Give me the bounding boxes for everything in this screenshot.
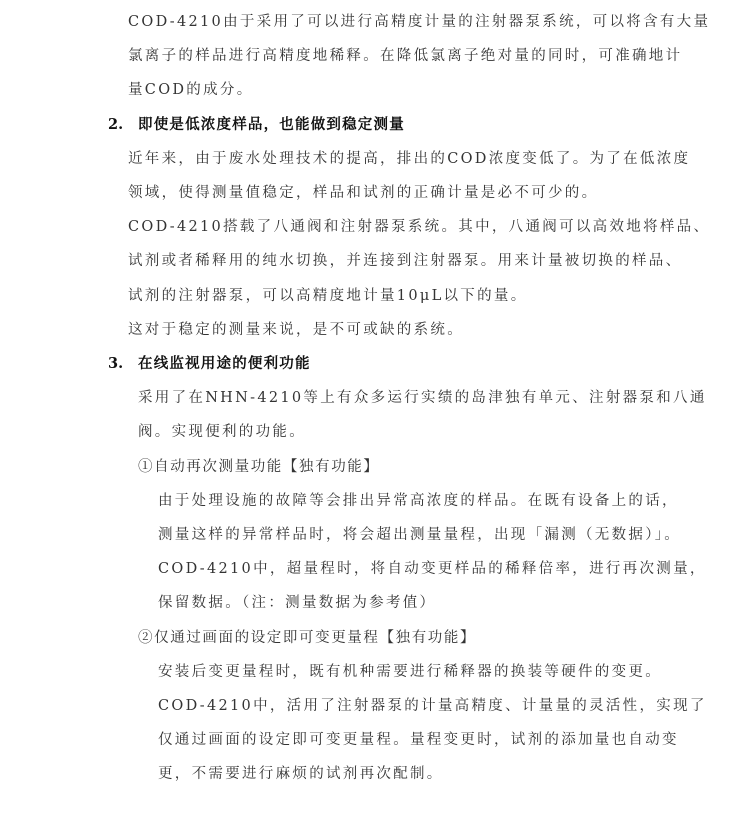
section-2-title: 即使是低浓度样品，也能做到稳定测量 [138, 116, 405, 133]
intro-line-1: COD-4210由于采用了可以进行高精度计量的注射器泵系统，可以将含有大量 [128, 10, 710, 34]
intro-line-2: 氯离子的样品进行高精度地稀释。在降低氯离子绝对量的同时，可准确地计 [128, 44, 682, 68]
feature-1-line-3: COD-4210中，超量程时，将自动变更样品的稀释倍率，进行再次测量， [158, 557, 707, 581]
feature-2-line-3: 仅通过画面的设定即可变更量程。量程变更时，试剂的添加量也自动变 [158, 728, 679, 752]
feature-1-line-4: 保留数据。（注：测量数据为参考值） [158, 591, 436, 615]
feature-1-line-1: 由于处理设施的故障等会排出异常高浓度的样品。在既有设备上的话， [158, 489, 679, 513]
section-2-heading: 2.即使是低浓度样品，也能做到稳定测量 [108, 113, 405, 137]
section-3-line-2: 阀。实现便利的功能。 [138, 420, 306, 444]
section-2-line-1: 近年来，由于废水处理技术的提高，排出的COD浓度变低了。为了在低浓度 [128, 147, 690, 171]
section-2-line-6: 这对于稳定的测量来说，是不可或缺的系统。 [128, 318, 464, 342]
feature-2-title: ②仅通过画面的设定即可变更量程【独有功能】 [138, 626, 476, 650]
section-2-number: 2. [108, 113, 138, 137]
section-2-line-5: 试剂的注射器泵，可以高精度地计量10μL以下的量。 [128, 284, 528, 308]
feature-1-title: ①自动再次测量功能【独有功能】 [138, 455, 380, 479]
feature-2-line-2: COD-4210中，活用了注射器泵的计量高精度、计量量的灵活性，实现了 [158, 694, 707, 718]
section-3-number: 3. [108, 352, 138, 376]
section-2-line-2: 领域，使得测量值稳定，样品和试剂的正确计量是必不可少的。 [128, 181, 598, 205]
section-3-line-1: 采用了在NHN-4210等上有众多运行实绩的岛津独有单元、注射器泵和八通 [138, 386, 707, 410]
feature-2-line-4: 更，不需要进行麻烦的试剂再次配制。 [158, 762, 444, 786]
section-3-heading: 3.在线监视用途的便利功能 [108, 352, 311, 376]
section-2-line-3: COD-4210搭载了八通阀和注射器泵系统。其中，八通阀可以高效地将样品、 [128, 215, 710, 239]
feature-2-line-1: 安装后变更量程时，既有机种需要进行稀释器的换装等硬件的变更。 [158, 660, 662, 684]
intro-line-3: 量COD的成分。 [128, 78, 254, 102]
section-2-line-4: 试剂或者稀释用的纯水切换，并连接到注射器泵。用来计量被切换的样品、 [128, 249, 682, 273]
section-3-title: 在线监视用途的便利功能 [138, 355, 311, 372]
feature-1-line-2: 测量这样的异常样品时，将会超出测量量程，出现「漏测（无数据）」。 [158, 523, 681, 547]
